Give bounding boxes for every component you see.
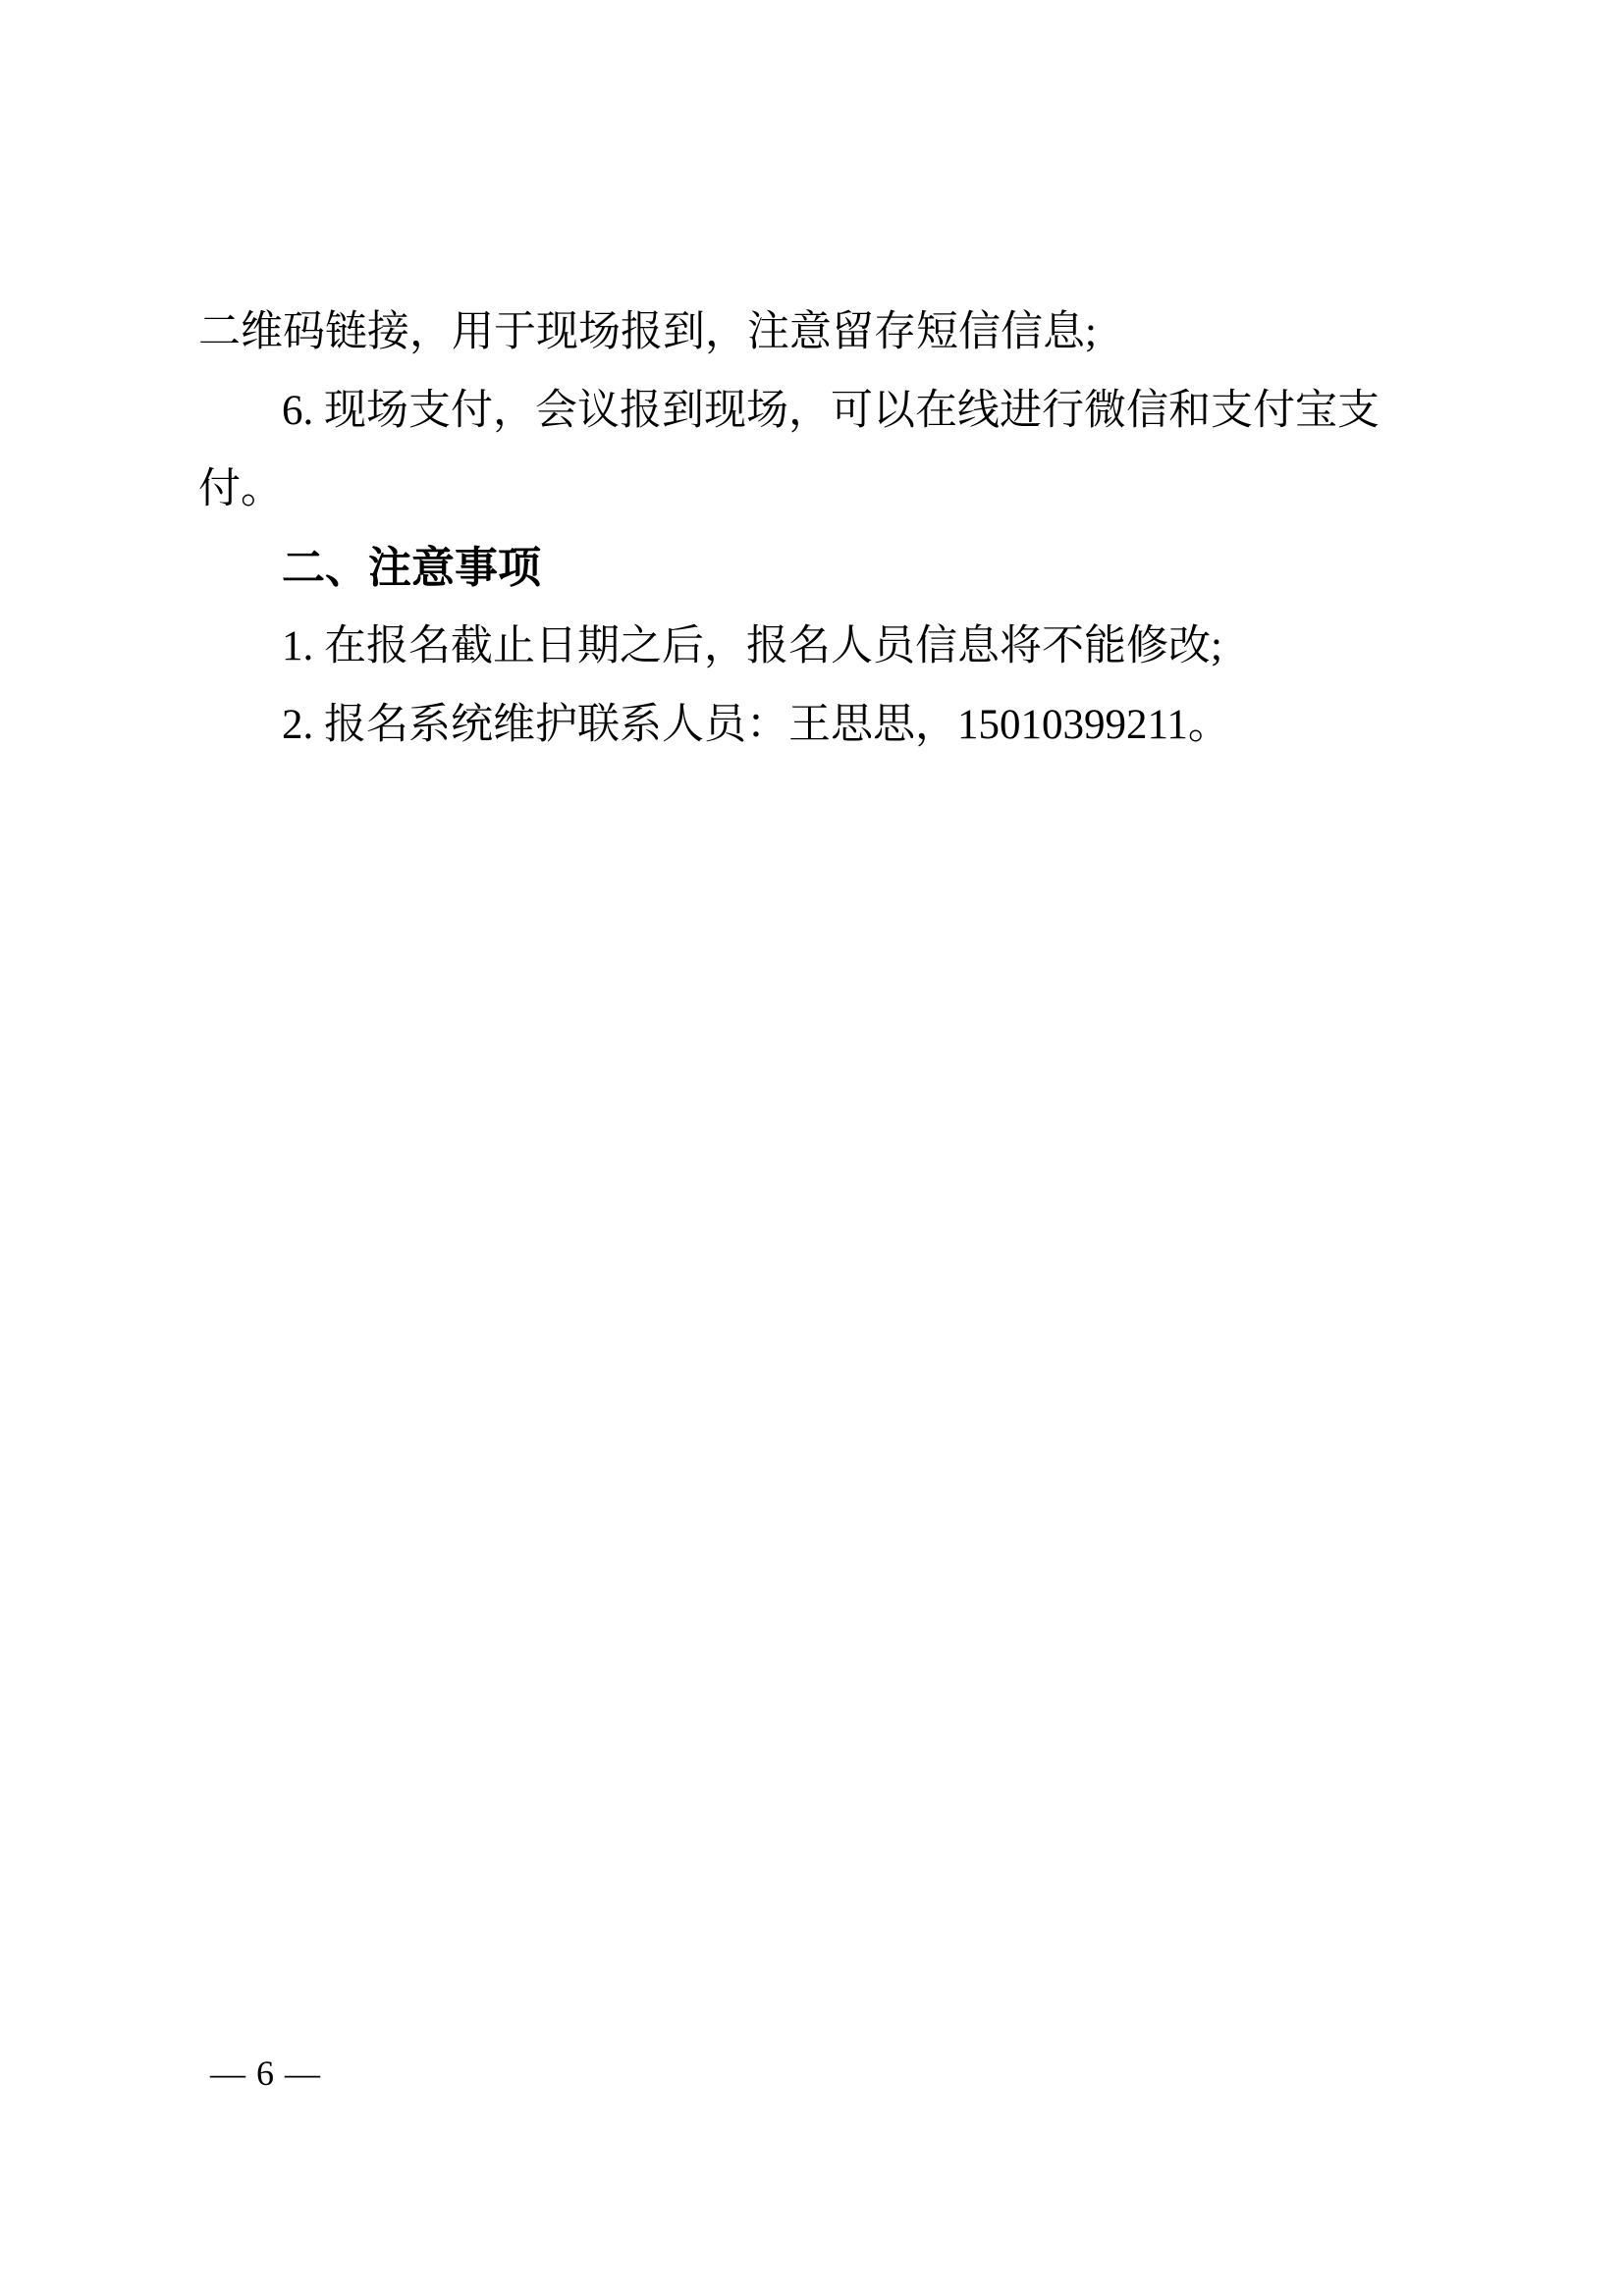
paragraph-continuation-line: 二维码链接，用于现场报到，注意留存短信信息; <box>198 294 1390 372</box>
list-item-6-line-1: 6. 现场支付，会议报到现场，可以在线进行微信和支付宝支 <box>198 372 1390 451</box>
list-item-6-line-2: 付。 <box>198 451 1390 529</box>
note-item-2: 2. 报名系统维护联系人员：王思思，15010399211。 <box>198 686 1390 765</box>
section-heading-notes: 二、注意事项 <box>198 529 1390 608</box>
page-number: — 6 — <box>210 2050 321 2097</box>
document-page: 二维码链接，用于现场报到，注意留存短信信息; 6. 现场支付，会议报到现场，可以… <box>0 0 1624 2296</box>
document-body: 二维码链接，用于现场报到，注意留存短信信息; 6. 现场支付，会议报到现场，可以… <box>198 294 1390 765</box>
note-item-1: 1. 在报名截止日期之后，报名人员信息将不能修改; <box>198 608 1390 686</box>
